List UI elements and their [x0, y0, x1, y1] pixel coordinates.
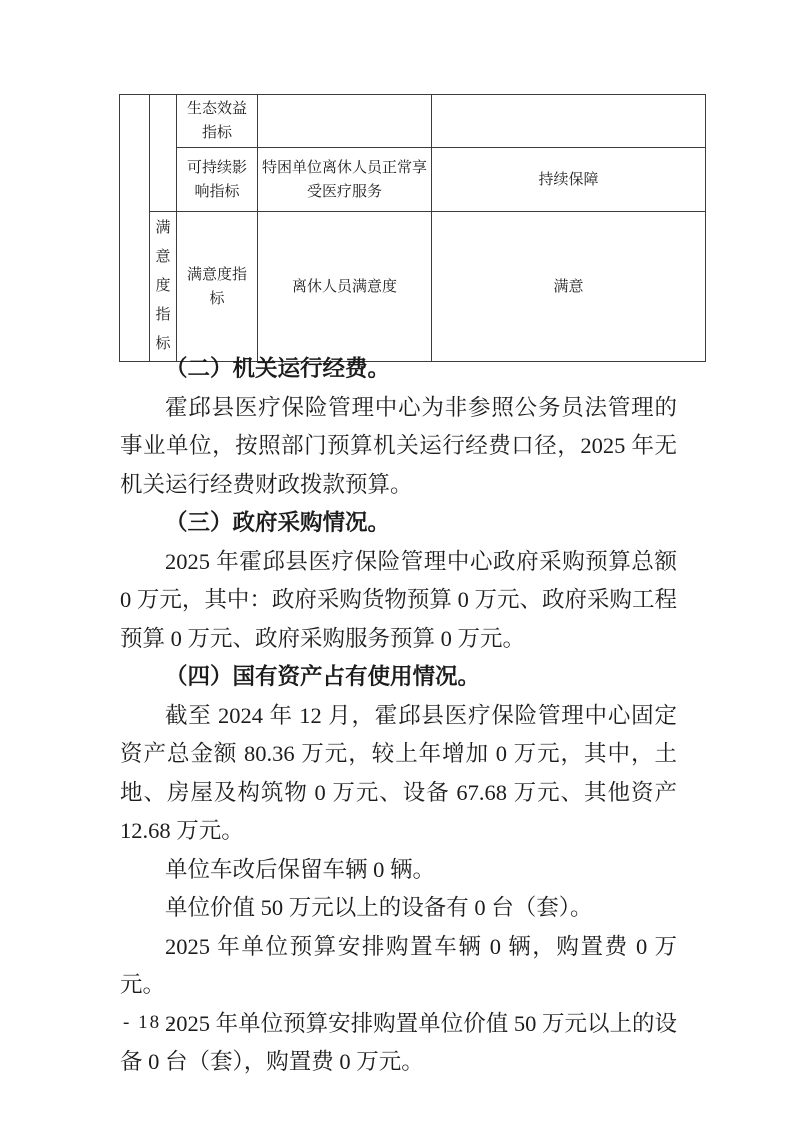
indicator-value-cell: 满意 [432, 212, 706, 362]
table-row: 生态效益指标 [120, 95, 706, 148]
indicator-category-cell: 可持续影响指标 [177, 148, 258, 212]
body-paragraph: 2025 年单位预算安排购置单位价值 50 万元以上的设备 0 台（套），购置费… [120, 1005, 677, 1082]
section-heading: （三）政府采购情况。 [120, 504, 677, 543]
indicator-group-cell: 满意度指标 [150, 212, 177, 362]
body-paragraph: 霍邱县医疗保险管理中心为非参照公务员法管理的事业单位，按照部门预算机关运行经费口… [120, 389, 677, 505]
indicator-name-cell: 特困单位离休人员正常享受医疗服务 [258, 148, 432, 212]
indicator-value-cell [432, 95, 706, 148]
body-paragraph: 单位车改后保留车辆 0 辆。 [120, 851, 677, 890]
section-heading: （四）国有资产占有使用情况。 [120, 658, 677, 697]
indicator-left-spanner-cell [120, 95, 150, 362]
body-paragraph: 单位价值 50 万元以上的设备有 0 台（套）。 [120, 889, 677, 928]
indicator-category-cell: 满意度指标 [177, 212, 258, 362]
body-paragraph: 2025 年单位预算安排购置车辆 0 辆，购置费 0 万元。 [120, 928, 677, 1005]
indicator-category-cell: 生态效益指标 [177, 95, 258, 148]
performance-indicators-table: 生态效益指标 可持续影响指标 特困单位离休人员正常享受医疗服务 持续保障 满意度… [119, 94, 706, 362]
indicator-value-cell: 持续保障 [432, 148, 706, 212]
table-row: 可持续影响指标 特困单位离休人员正常享受医疗服务 持续保障 [120, 148, 706, 212]
section-heading: （二）机关运行经费。 [120, 350, 677, 389]
body-paragraph: 2025 年霍邱县医疗保险管理中心政府采购预算总额 0 万元，其中：政府采购货物… [120, 543, 677, 659]
page-number: - 18 - [123, 1012, 176, 1034]
indicator-group-cell [150, 95, 177, 212]
document-body: （二）机关运行经费。 霍邱县医疗保险管理中心为非参照公务员法管理的事业单位，按照… [120, 350, 677, 1082]
body-paragraph: 截至 2024 年 12 月，霍邱县医疗保险管理中心固定资产总金额 80.36 … [120, 697, 677, 851]
document-page: 生态效益指标 可持续影响指标 特困单位离休人员正常享受医疗服务 持续保障 满意度… [0, 0, 793, 1122]
indicator-name-cell: 离休人员满意度 [258, 212, 432, 362]
indicator-name-cell [258, 95, 432, 148]
table-row: 满意度指标 满意度指标 离休人员满意度 满意 [120, 212, 706, 362]
